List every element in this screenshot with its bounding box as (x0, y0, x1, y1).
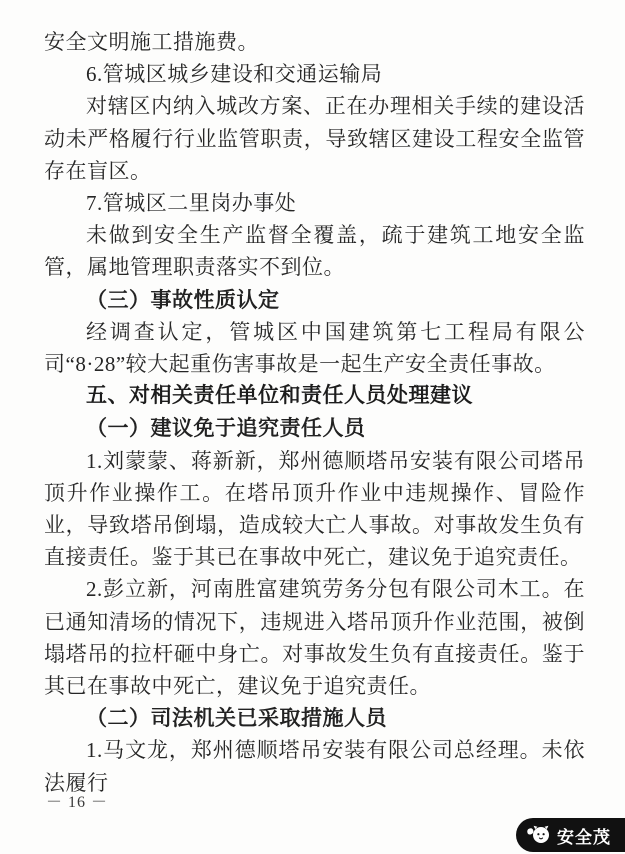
paragraph: 6.管城区城乡建设和交通运输局 (44, 58, 585, 90)
paragraph: 2.彭立新，河南胜富建筑劳务分包有限公司木工。在已通知清场的情况下，违规进入塔吊… (44, 573, 585, 702)
paragraph: 安全文明施工措施费。 (44, 26, 585, 58)
paragraph: 7.管城区二里岗办事处 (44, 187, 585, 219)
section-subheading: （一）建议免于追究责任人员 (44, 412, 585, 444)
section-heading: 五、对相关责任单位和责任人员处理建议 (44, 380, 585, 412)
page-number: － 16 － (46, 789, 108, 812)
watermark-brand-label: 安全茂 (557, 823, 611, 848)
paragraph: 未做到安全生产监督全覆盖，疏于建筑工地安全监管，属地管理职责落实不到位。 (44, 219, 585, 283)
paragraph: 1.马文龙，郑州德顺塔吊安装有限公司总经理。未依法履行 (44, 734, 585, 798)
mascot-icon (526, 824, 550, 846)
section-subheading: （二）司法机关已采取措施人员 (44, 702, 585, 734)
paragraph: 对辖区内纳入城改方案、正在办理相关手续的建设活动未严格履行行业监管职责，导致辖区… (44, 90, 585, 187)
paragraph: 1.刘蒙蒙、蒋新新，郑州德顺塔吊安装有限公司塔吊顶升作业操作工。在塔吊顶升作业中… (44, 445, 585, 574)
document-page: 安全文明施工措施费。 6.管城区城乡建设和交通运输局 对辖区内纳入城改方案、正在… (0, 0, 625, 854)
section-subheading: （三）事故性质认定 (44, 284, 585, 316)
watermark-badge: 安全茂 (516, 818, 625, 852)
document-body: 安全文明施工措施费。 6.管城区城乡建设和交通运输局 对辖区内纳入城改方案、正在… (44, 26, 585, 799)
paragraph: 经调查认定，管城区中国建筑第七工程局有限公司“8·28”较大起重伤害事故是一起生… (44, 316, 585, 380)
